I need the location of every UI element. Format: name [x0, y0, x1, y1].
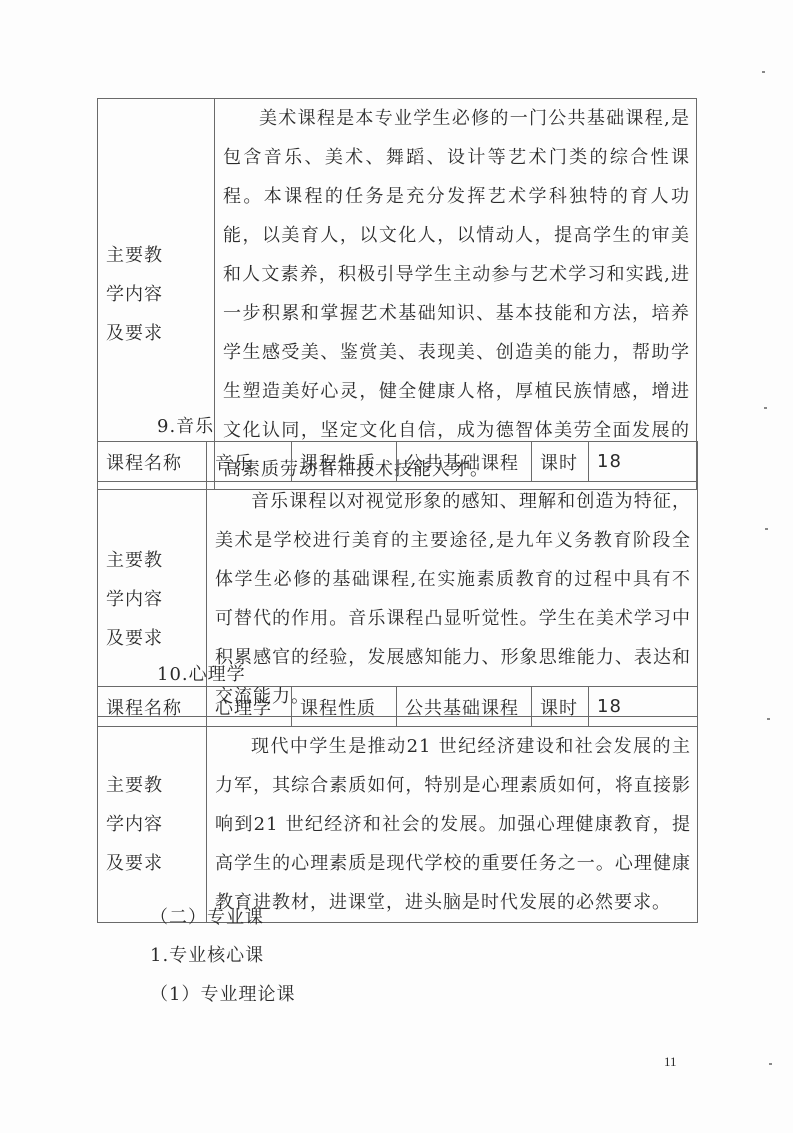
course-name-label: 课程名称: [98, 687, 207, 727]
section-theory-courses: （1）专业理论课: [150, 980, 295, 1006]
course-name-label: 课程名称: [98, 442, 207, 482]
course-hours-label: 课时: [532, 442, 589, 482]
music-header-row: 课程名称 音乐 课程性质 公共基础课程 课时 18: [98, 442, 698, 482]
psychology-requirements-label: 主要教 学内容 及要求: [98, 727, 207, 923]
psychology-requirements-content: 现代中学生是推动21 世纪经济建设和社会发展的主力军，其综合素质如何，特别是心理…: [207, 727, 698, 923]
scan-speck: [769, 1063, 772, 1065]
music-heading: 9.音乐: [157, 412, 214, 438]
section-professional-courses: （二）专业课: [150, 903, 264, 929]
psychology-course-table: 课程名称 心理学 课程性质 公共基础课程 课时 18 主要教 学内容 及要求 现…: [97, 686, 698, 923]
section-core-courses: 1.专业核心课: [150, 941, 264, 967]
course-hours-value: 18: [589, 687, 698, 727]
course-hours-label: 课时: [532, 687, 589, 727]
course-type-value: 公共基础课程: [397, 442, 532, 482]
document-page: 主要教 学内容 及要求 美术课程是本专业学生必修的一门公共基础课程,是包含音乐、…: [0, 0, 793, 1133]
art-requirements-content: 美术课程是本专业学生必修的一门公共基础课程,是包含音乐、美术、舞蹈、设计等艺术门…: [215, 99, 697, 490]
scan-speck: [765, 528, 768, 530]
course-hours-value: 18: [589, 442, 698, 482]
psychology-heading: 10.心理学: [157, 660, 246, 686]
course-name-value: 心理学: [207, 687, 292, 727]
page-number: 11: [664, 1054, 677, 1070]
course-name-value: 音乐: [207, 442, 292, 482]
music-requirements-content: 音乐课程以对视觉形象的感知、理解和创造为特征，美术是学校进行美育的主要途径,是九…: [207, 482, 698, 717]
psychology-header-row: 课程名称 心理学 课程性质 公共基础课程 课时 18: [98, 687, 698, 727]
course-type-label: 课程性质: [292, 687, 397, 727]
course-type-label: 课程性质: [292, 442, 397, 482]
scan-speck: [764, 407, 767, 409]
scan-speck: [762, 71, 765, 73]
course-type-value: 公共基础课程: [397, 687, 532, 727]
scan-speck: [767, 718, 770, 720]
